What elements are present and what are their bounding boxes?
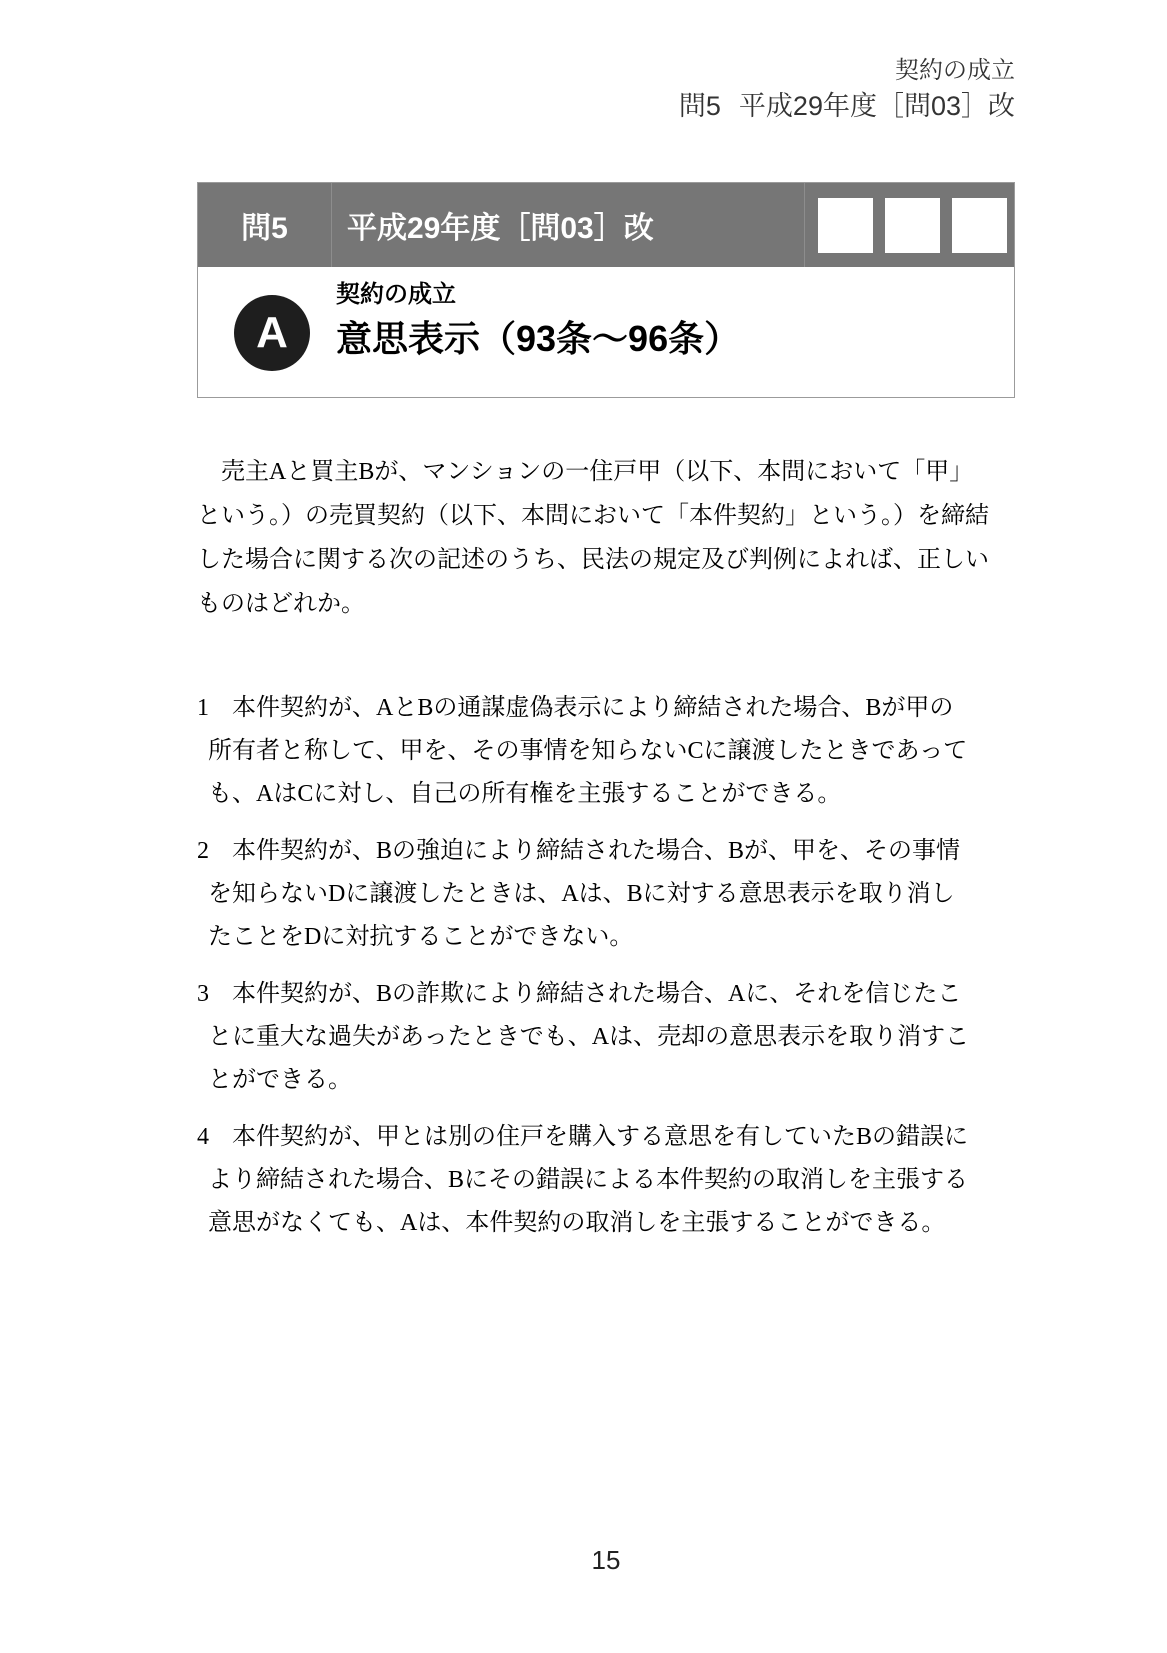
choice-text-line: 意思がなくても、Aは、本件契約の取消しを主張することができる。 bbox=[197, 1202, 1019, 1245]
category-label: 契約の成立 bbox=[198, 267, 1014, 309]
question-header-bar: 問5 平成29年度［問03］改 bbox=[198, 183, 1014, 267]
choice-text-line: より締結された場合、Bにその錯誤による本件契約の取消しを主張する bbox=[197, 1159, 1019, 1202]
question-text-line: 売主Aと買主Bが、マンションの一住戸甲（以下、本問において「甲」 bbox=[197, 450, 1019, 494]
choice-line: 4 本件契約が、甲とは別の住戸を購入する意思を有していたBの錯誤に bbox=[197, 1116, 1019, 1159]
choice-text-line: とに重大な過失があったときでも、Aは、売却の意思表示を取り消すこ bbox=[197, 1016, 1019, 1059]
question-title-area: A 契約の成立 意思表示（93条～96条） bbox=[198, 267, 1014, 397]
choice-text-line: とができる。 bbox=[197, 1059, 1019, 1102]
choice-text-line: 本件契約が、Bの詐欺により締結された場合、Aに、それを信じたこ bbox=[232, 973, 961, 1016]
choice-text-line: 本件契約が、AとBの通謀虚偽表示により締結された場合、Bが甲の bbox=[232, 687, 953, 730]
choice-number: 4 bbox=[197, 1116, 232, 1159]
running-header-category: 契約の成立 bbox=[679, 56, 1015, 86]
running-header: 契約の成立 問5平成29年度［問03］改 bbox=[679, 56, 1015, 123]
question-header-box: 問5 平成29年度［問03］改 A 契約の成立 意思表示（93条～96条） bbox=[197, 182, 1015, 398]
choice-text-line: 本件契約が、Bの強迫により締結された場合、Bが、甲を、その事情 bbox=[232, 830, 960, 873]
choice-number: 1 bbox=[197, 687, 232, 730]
running-header-question-source: 平成29年度［問03］改 bbox=[739, 91, 1015, 121]
answer-checkbox[interactable] bbox=[952, 198, 1007, 253]
choice-line: 3 本件契約が、Bの詐欺により締結された場合、Aに、それを信じたこ bbox=[197, 973, 1019, 1016]
answer-checkbox[interactable] bbox=[818, 198, 873, 253]
answer-checkbox[interactable] bbox=[885, 198, 940, 253]
question-text-line: という。）の売買契約（以下、本問において「本件契約」という。）を締結 bbox=[197, 494, 1019, 538]
question-text: 売主Aと買主Bが、マンションの一住戸甲（以下、本問において「甲」 という。）の売… bbox=[197, 450, 1019, 626]
choice-text-line: 所有者と称して、甲を、その事情を知らないCに譲渡したときであって bbox=[197, 730, 1019, 773]
difficulty-badge: A bbox=[234, 295, 310, 371]
running-header-question-number: 問5 bbox=[679, 91, 721, 121]
choice-number: 2 bbox=[197, 830, 232, 873]
question-text-line: した場合に関する次の記述のうち、民法の規定及び判例によれば、正しい bbox=[197, 538, 1019, 582]
choice-line: 1 本件契約が、AとBの通謀虚偽表示により締結された場合、Bが甲の bbox=[197, 687, 1019, 730]
choice-2: 2 本件契約が、Bの強迫により締結された場合、Bが、甲を、その事情 を知らないD… bbox=[197, 830, 1019, 959]
question-title: 意思表示（93条～96条） bbox=[198, 318, 1014, 360]
question-number-cell: 問5 bbox=[198, 183, 332, 267]
choice-1: 1 本件契約が、AとBの通謀虚偽表示により締結された場合、Bが甲の 所有者と称し… bbox=[197, 687, 1019, 816]
choice-4: 4 本件契約が、甲とは別の住戸を購入する意思を有していたBの錯誤に より締結され… bbox=[197, 1116, 1019, 1245]
choice-3: 3 本件契約が、Bの詐欺により締結された場合、Aに、それを信じたこ とに重大な過… bbox=[197, 973, 1019, 1102]
choice-text-line: 本件契約が、甲とは別の住戸を購入する意思を有していたBの錯誤に bbox=[232, 1116, 968, 1159]
choice-line: 2 本件契約が、Bの強迫により締結された場合、Bが、甲を、その事情 bbox=[197, 830, 1019, 873]
choices-list: 1 本件契約が、AとBの通謀虚偽表示により締結された場合、Bが甲の 所有者と称し… bbox=[197, 687, 1019, 1259]
page-number: 15 bbox=[197, 1545, 1015, 1575]
answer-checkbox-group bbox=[805, 183, 1014, 267]
choice-text-line: たことをDに対抗することができない。 bbox=[197, 916, 1019, 959]
question-source-cell: 平成29年度［問03］改 bbox=[332, 183, 805, 267]
choice-text-line: も、AはCに対し、自己の所有権を主張することができる。 bbox=[197, 773, 1019, 816]
question-text-line: ものはどれか。 bbox=[197, 582, 1019, 626]
choice-number: 3 bbox=[197, 973, 232, 1016]
running-header-question: 問5平成29年度［問03］改 bbox=[679, 89, 1015, 123]
choice-text-line: を知らないDに譲渡したときは、Aは、Bに対する意思表示を取り消し bbox=[197, 873, 1019, 916]
book-page: 契約の成立 問5平成29年度［問03］改 問5 平成29年度［問03］改 A 契… bbox=[0, 0, 1167, 1653]
